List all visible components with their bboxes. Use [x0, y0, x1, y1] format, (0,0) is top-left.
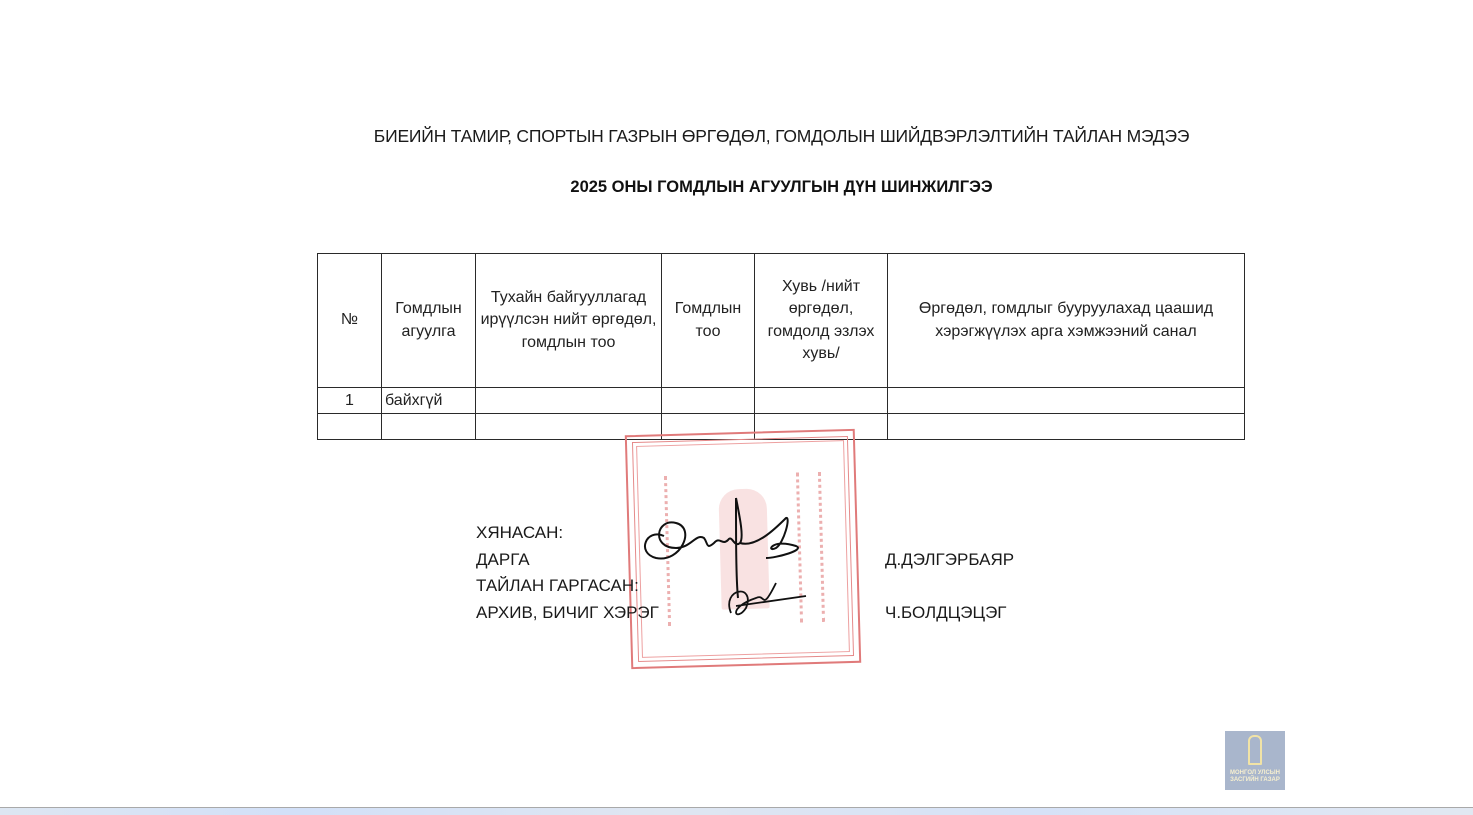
- reviewer-title: ДАРГА: [476, 550, 530, 570]
- reviewed-label: ХЯНАСАН:: [476, 523, 563, 543]
- cell-number: 1: [318, 388, 382, 414]
- soyombo-icon: [1248, 735, 1262, 765]
- header-suggestion: Өргөдөл, гомдлыг бууруулахад цаашид хэрэ…: [888, 254, 1245, 388]
- header-number: №: [318, 254, 382, 388]
- header-total-complaints: Тухайн байгууллагад ирүүлсэн нийт өргөдө…: [476, 254, 662, 388]
- handwritten-signature-icon: [636, 488, 816, 628]
- header-percentage: Хувь /нийт өргөдөл, гомдолд эзлэх хувь/: [755, 254, 888, 388]
- reviewer-name: Д.ДЭЛГЭРБАЯР: [885, 550, 1014, 570]
- preparer-title: АРХИВ, БИЧИГ ХЭРЭГ: [476, 603, 659, 623]
- cell-percent: [755, 388, 888, 414]
- taskbar: [0, 807, 1473, 815]
- complaint-analysis-table: № Гомдлын агуулга Тухайн байгууллагад ир…: [317, 253, 1245, 440]
- table-header-row: № Гомдлын агуулга Тухайн байгууллагад ир…: [318, 254, 1245, 388]
- cell-suggestion: [888, 414, 1245, 440]
- government-logo: МОНГОЛ УЛСЫН ЗАСГИЙН ГАЗАР: [1225, 731, 1285, 790]
- cell-count: [662, 388, 755, 414]
- document-title: БИЕИЙН ТАМИР, СПОРТЫН ГАЗРЫН ӨРГӨДӨЛ, ГО…: [45, 126, 1473, 147]
- preparer-name: Ч.БОЛДЦЭЦЭГ: [885, 603, 1007, 623]
- cell-suggestion: [888, 388, 1245, 414]
- cell-content: [382, 414, 476, 440]
- logo-line1: МОНГОЛ УЛСЫН: [1230, 770, 1280, 777]
- header-complaint-content: Гомдлын агуулга: [382, 254, 476, 388]
- document-subtitle: 2025 ОНЫ ГОМДЛЫН АГУУЛГЫН ДҮН ШИНЖИЛГЭЭ: [45, 178, 1473, 197]
- document-page: БИЕИЙН ТАМИР, СПОРТЫН ГАЗРЫН ӨРГӨДӨЛ, ГО…: [0, 0, 1473, 807]
- prepared-label: ТАЙЛАН ГАРГАСАН:: [476, 576, 639, 596]
- table-row: 1 байхгүй: [318, 388, 1245, 414]
- cell-content: байхгүй: [382, 388, 476, 414]
- mongol-script-right-outer: [818, 471, 839, 621]
- logo-line2: ЗАСГИЙН ГАЗАР: [1230, 777, 1280, 784]
- cell-total: [476, 388, 662, 414]
- cell-number: [318, 414, 382, 440]
- header-complaint-count: Гомдлын тоо: [662, 254, 755, 388]
